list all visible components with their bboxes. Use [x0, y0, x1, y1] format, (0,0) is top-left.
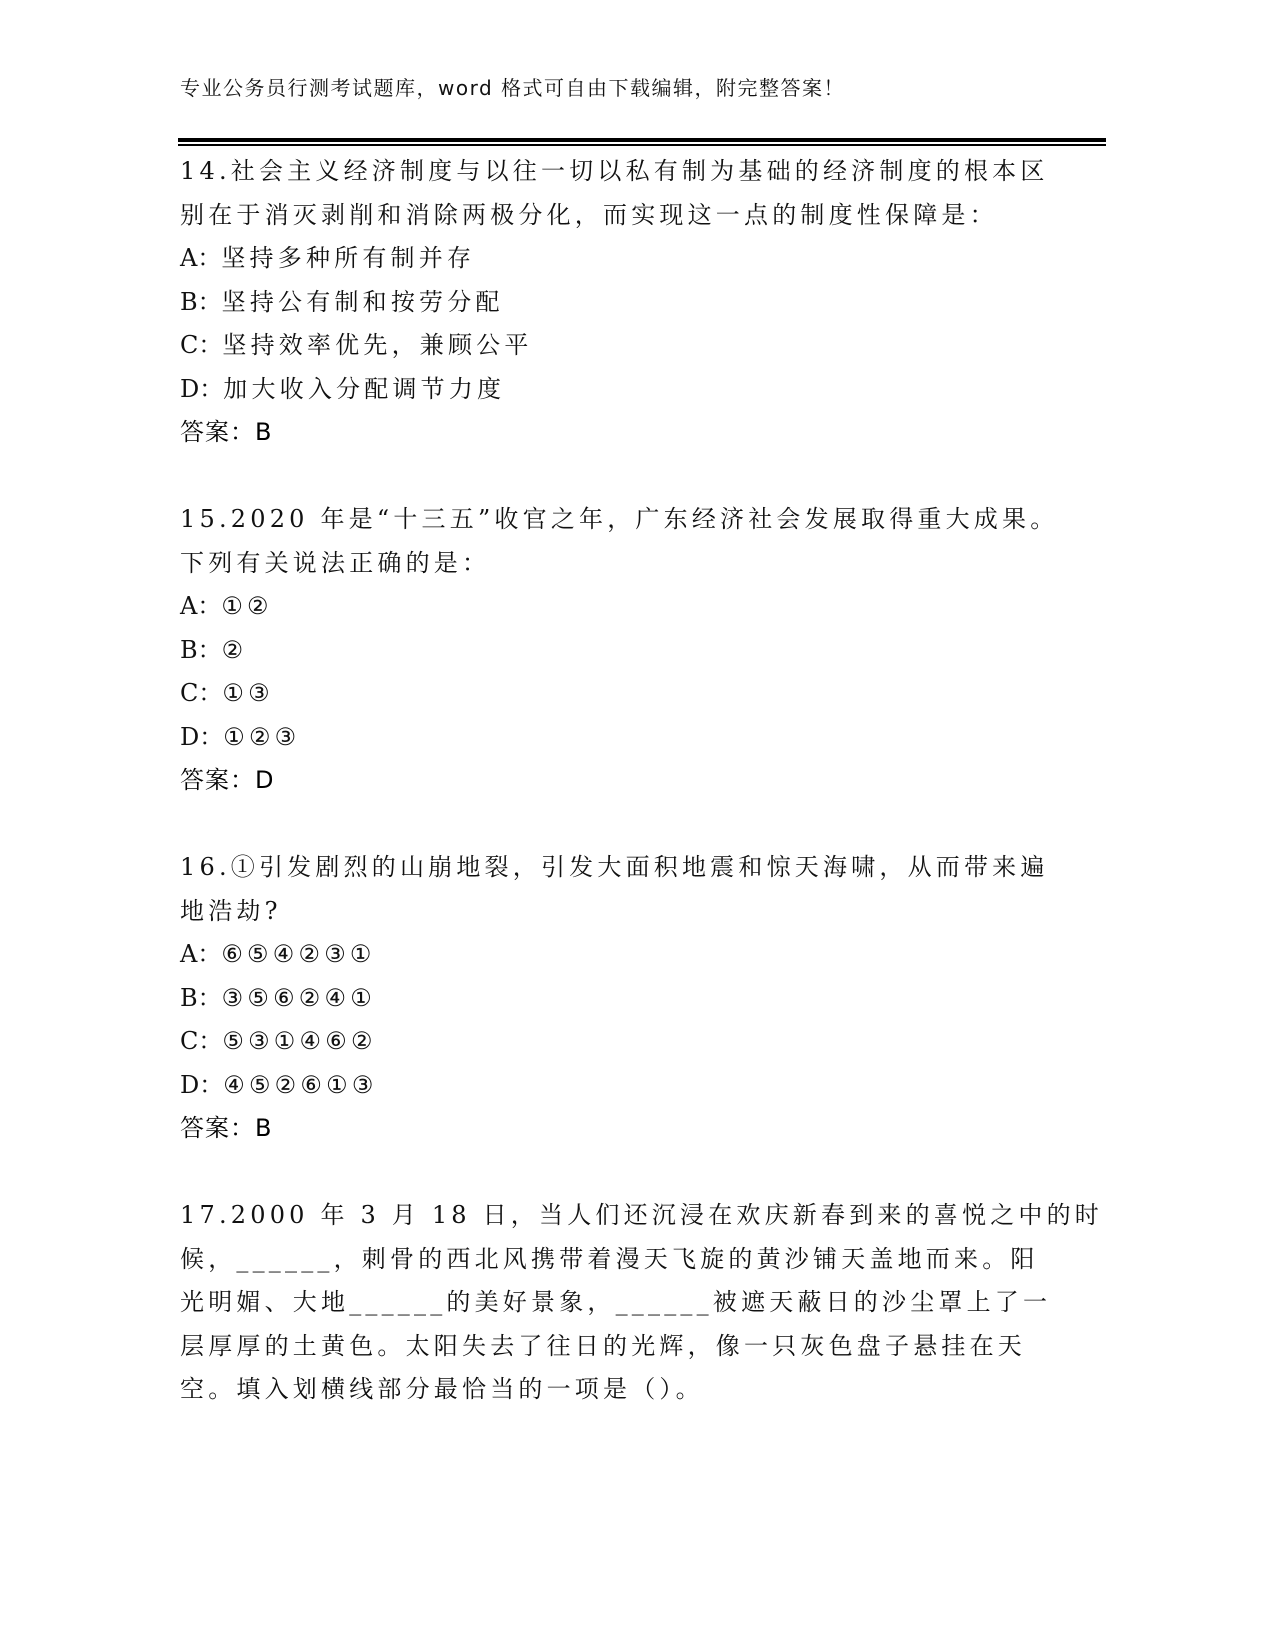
option-text: ①②③ [223, 723, 300, 751]
question-stem-line: 16.①引发剧烈的山崩地裂，引发大面积地震和惊天海啸，从而带来遍 [180, 846, 1040, 890]
option-letter: C： [180, 324, 222, 368]
question-stem-line: 14.社会主义经济制度与以往一切以私有制为基础的经济制度的根本区 [180, 150, 1040, 194]
option-b: B：② [180, 629, 1040, 673]
header-rule-thin [178, 144, 1106, 146]
question-stem-line: 层厚厚的土黄色。太阳失去了往日的光辉，像一只灰色盘子悬挂在天 [180, 1325, 1040, 1369]
header-rule-thick [178, 138, 1106, 142]
option-text: 加大收入分配调节力度 [223, 375, 505, 403]
question-stem-line: 光明媚、大地______的美好景象，______被遮天蔽日的沙尘罩上了一 [180, 1281, 1040, 1325]
option-text: ⑥⑤④②③① [221, 940, 375, 968]
question-16: 16.①引发剧烈的山崩地裂，引发大面积地震和惊天海啸，从而带来遍 地浩劫? A：… [180, 846, 1040, 1151]
option-a: A：①② [180, 585, 1040, 629]
question-stem-line: 15.2020 年是“十三五”收官之年，广东经济社会发展取得重大成果。 [180, 498, 1040, 542]
question-stem-line: 别在于消灭剥削和消除两极分化，而实现这一点的制度性保障是： [180, 194, 1040, 238]
option-letter: A： [180, 237, 221, 281]
option-text: ③⑤⑥②④① [222, 984, 376, 1012]
option-text: ①③ [222, 679, 273, 707]
question-stem-line: 地浩劫? [180, 890, 1040, 934]
question-stem-line: 17.2000 年 3 月 18 日，当人们还沉浸在欢庆新春到来的喜悦之中的时 [180, 1194, 1040, 1238]
option-d: D：①②③ [180, 716, 1040, 760]
option-b: B：坚持公有制和按劳分配 [180, 281, 1040, 325]
answer: 答案：B [180, 411, 1040, 455]
option-d: D：加大收入分配调节力度 [180, 368, 1040, 412]
option-b: B：③⑤⑥②④① [180, 977, 1040, 1021]
answer: 答案：B [180, 1107, 1040, 1151]
option-text: ⑤③①④⑥② [222, 1027, 376, 1055]
answer: 答案：D [180, 759, 1040, 803]
option-letter: A： [180, 933, 221, 977]
header-double-rule [178, 138, 1106, 146]
question-stem-line: 候，______，刺骨的西北风携带着漫天飞旋的黄沙铺天盖地而来。阳 [180, 1238, 1040, 1282]
option-letter: C： [180, 1020, 222, 1064]
option-d: D：④⑤②⑥①③ [180, 1064, 1040, 1108]
option-letter: A： [180, 585, 221, 629]
option-text: 坚持公有制和按劳分配 [222, 288, 504, 316]
option-c: C：坚持效率优先，兼顾公平 [180, 324, 1040, 368]
option-c: C：①③ [180, 672, 1040, 716]
option-letter: D： [180, 368, 223, 412]
question-stem-line: 空。填入划横线部分最恰当的一项是（）。 [180, 1368, 1040, 1412]
option-text: ② [222, 636, 248, 664]
question-stem-line: 下列有关说法正确的是： [180, 542, 1040, 586]
option-letter: D： [180, 1064, 223, 1108]
option-c: C：⑤③①④⑥② [180, 1020, 1040, 1064]
option-a: A：⑥⑤④②③① [180, 933, 1040, 977]
option-a: A：坚持多种所有制并存 [180, 237, 1040, 281]
option-text: ④⑤②⑥①③ [223, 1071, 377, 1099]
document-page: 专业公务员行测考试题库，word 格式可自由下载编辑，附完整答案！ 14.社会主… [0, 0, 1275, 1650]
question-14: 14.社会主义经济制度与以往一切以私有制为基础的经济制度的根本区 别在于消灭剥削… [180, 150, 1040, 455]
option-letter: D： [180, 716, 223, 760]
question-17: 17.2000 年 3 月 18 日，当人们还沉浸在欢庆新春到来的喜悦之中的时 … [180, 1194, 1040, 1412]
page-header: 专业公务员行测考试题库，word 格式可自由下载编辑，附完整答案！ [180, 74, 845, 102]
option-text: 坚持多种所有制并存 [221, 244, 475, 272]
option-letter: B： [180, 281, 222, 325]
option-letter: C： [180, 672, 222, 716]
option-text: ①② [221, 592, 272, 620]
option-letter: B： [180, 629, 222, 673]
question-15: 15.2020 年是“十三五”收官之年，广东经济社会发展取得重大成果。 下列有关… [180, 498, 1040, 803]
option-letter: B： [180, 977, 222, 1021]
option-text: 坚持效率优先，兼顾公平 [222, 331, 532, 359]
